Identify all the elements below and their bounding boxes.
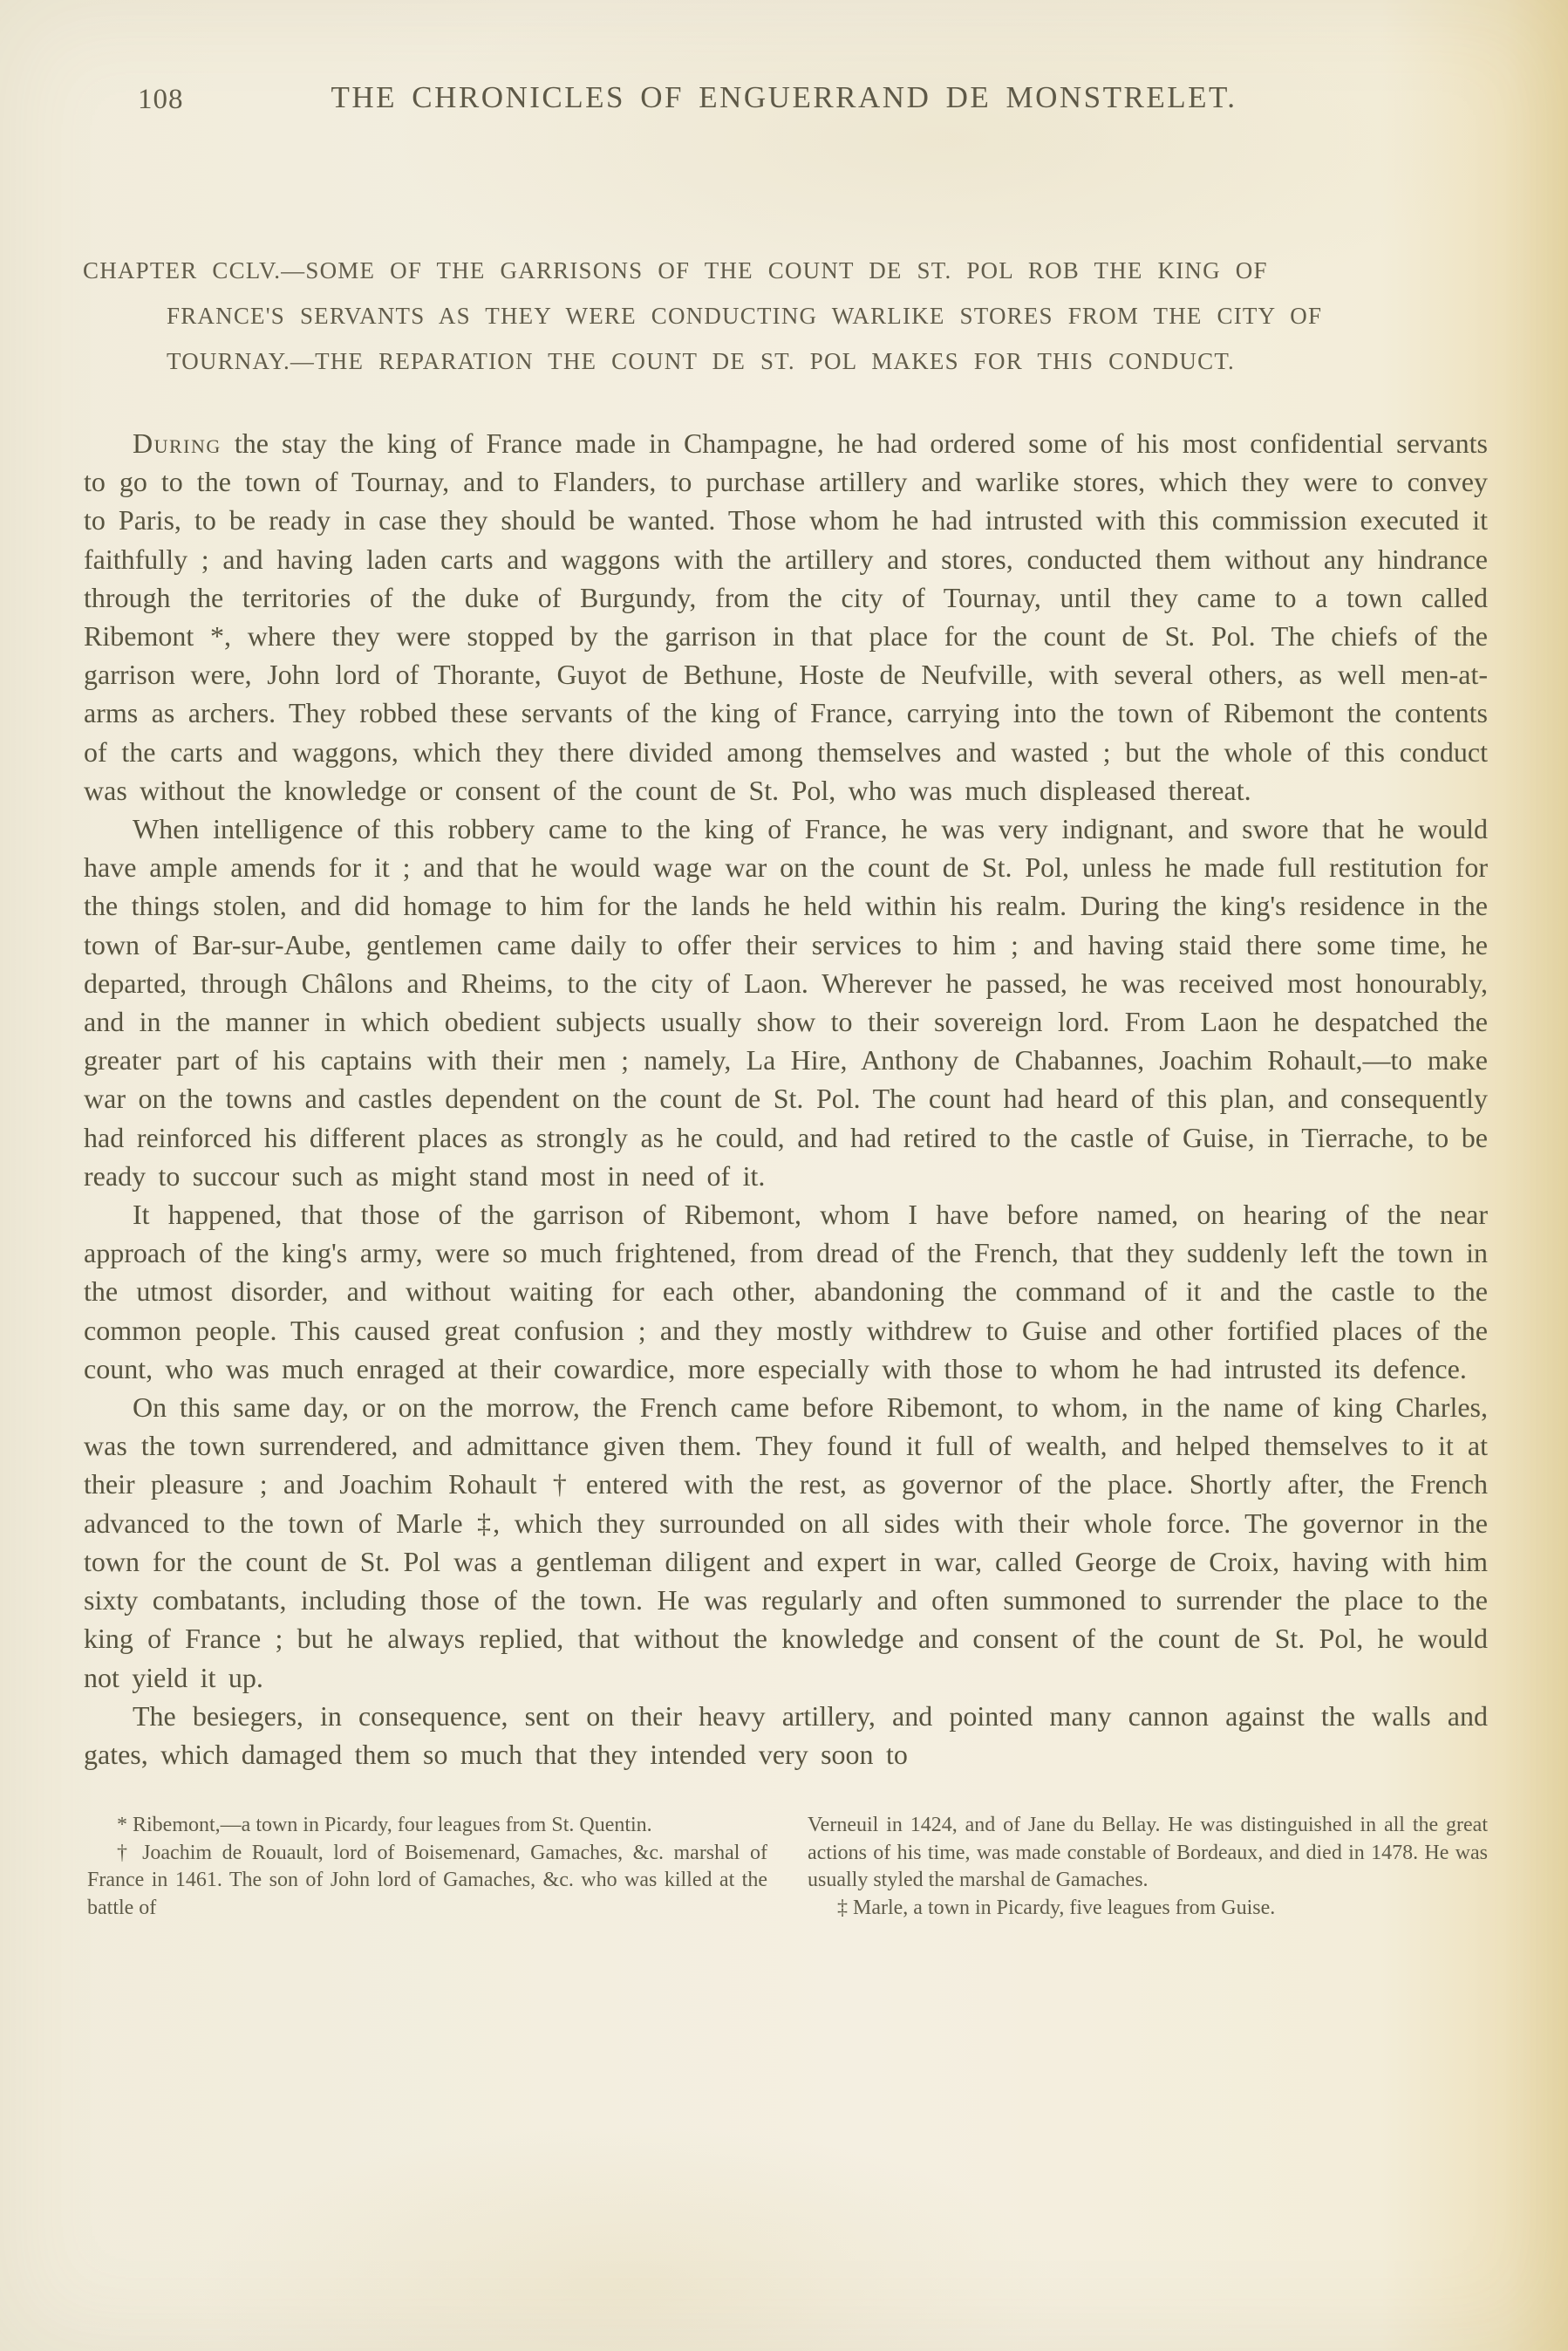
footnote-column-right: Verneuil in 1424, and of Jane du Bellay.… bbox=[808, 1812, 1488, 1922]
footnote-marle: ‡ Marle, a town in Picardy, five leagues… bbox=[808, 1895, 1488, 1923]
running-title: THE CHRONICLES OF ENGUERRAND DE MONSTREL… bbox=[0, 80, 1568, 115]
chapter-heading-line-1: CHAPTER CCLV.—SOME OF THE GARRISONS OF T… bbox=[83, 248, 1485, 293]
footnote-rouault: † Joachim de Rouault, lord of Boisemenar… bbox=[87, 1840, 767, 1923]
chapter-heading: CHAPTER CCLV.—SOME OF THE GARRISONS OF T… bbox=[83, 248, 1485, 384]
book-page: 108 THE CHRONICLES OF ENGUERRAND DE MONS… bbox=[0, 0, 1568, 2351]
footnotes-section: * Ribemont,—a town in Picardy, four leag… bbox=[87, 1812, 1488, 1922]
paragraph-3: It happened, that those of the garrison … bbox=[84, 1195, 1488, 1388]
footnote-column-left: * Ribemont,—a town in Picardy, four leag… bbox=[87, 1812, 767, 1922]
paragraph-2: When intelligence of this robbery came t… bbox=[84, 810, 1488, 1195]
paragraph-5: The besiegers, in consequence, sent on t… bbox=[84, 1697, 1488, 1774]
footnote-ribemont: * Ribemont,—a town in Picardy, four leag… bbox=[87, 1812, 767, 1840]
paragraph-3-text: It happened, that those of the garrison … bbox=[84, 1199, 1488, 1384]
paragraph-1: During the stay the king of France made … bbox=[84, 424, 1488, 810]
paragraph-5-text: The besiegers, in consequence, sent on t… bbox=[84, 1700, 1488, 1770]
lead-word: During bbox=[133, 427, 222, 459]
footnote-rouault-continued: Verneuil in 1424, and of Jane du Bellay.… bbox=[808, 1812, 1488, 1895]
chapter-heading-line-2: FRANCE'S SERVANTS AS THEY WERE CONDUCTIN… bbox=[83, 293, 1485, 338]
paragraph-1-text: the stay the king of France made in Cham… bbox=[84, 427, 1488, 806]
chapter-heading-line-3: TOURNAY.—THE REPARATION THE COUNT DE ST.… bbox=[83, 338, 1485, 384]
body-text: During the stay the king of France made … bbox=[84, 424, 1488, 1774]
paragraph-4-text: On this same day, or on the morrow, the … bbox=[84, 1391, 1488, 1692]
paragraph-2-text: When intelligence of this robbery came t… bbox=[84, 813, 1488, 1192]
paragraph-4: On this same day, or on the morrow, the … bbox=[84, 1388, 1488, 1697]
page-header: 108 THE CHRONICLES OF ENGUERRAND DE MONS… bbox=[0, 80, 1568, 120]
